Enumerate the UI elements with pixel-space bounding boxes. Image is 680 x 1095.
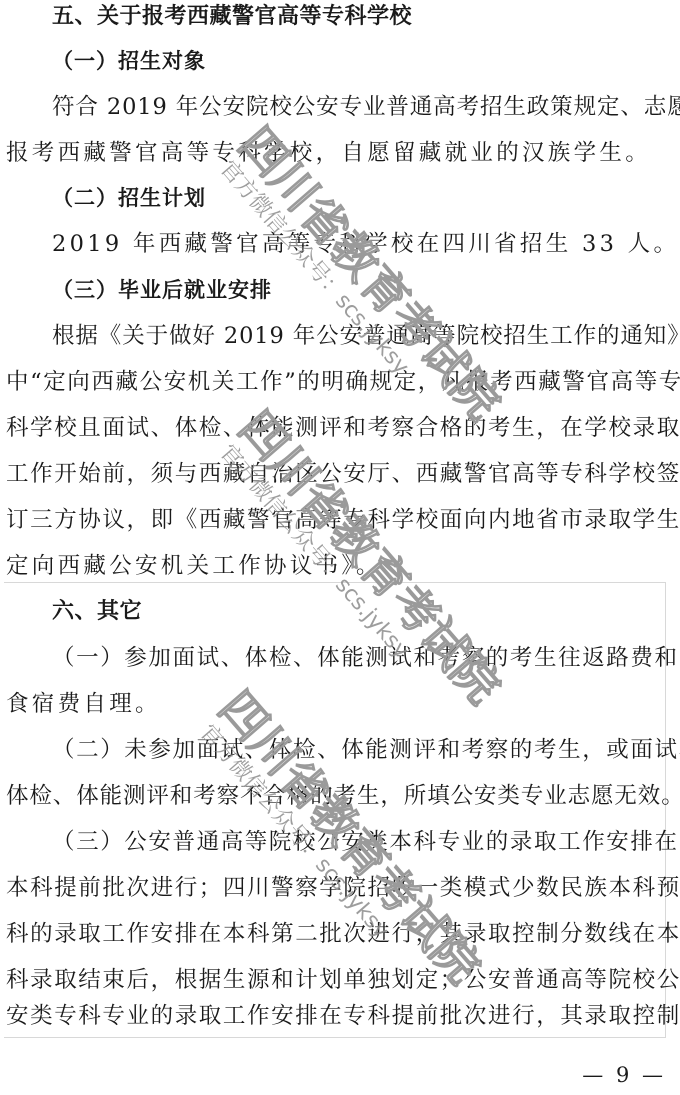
paragraph-line: 科的录取工作安排在本科第二批次进行，其录取控制分数线在本	[6, 919, 668, 949]
section-heading-6: 六、其它	[52, 597, 680, 627]
document-page: 五、关于报考西藏警官高等专科学校 （一）招生对象 符合 2019 年公安院校公安…	[0, 0, 680, 1095]
paragraph-line: 2019 年西藏警官高等专科学校在四川省招生 33 人。	[52, 229, 668, 259]
paragraph-line: 报考西藏警官高等专科学校，自愿留藏就业的汉族学生。	[6, 138, 668, 168]
paragraph-line: 本科提前批次进行；四川警察学院招收一类模式少数民族本科预	[6, 873, 668, 903]
subsection-heading-employment: （三）毕业后就业安排	[52, 275, 680, 305]
subsection-heading-enrollment-target: （一）招生对象	[52, 46, 680, 76]
paragraph-line: 符合 2019 年公安院校公安专业普通高考招生政策规定、志愿	[52, 92, 668, 122]
page-number: — 9 —	[582, 1063, 666, 1087]
subsection-heading-enrollment-plan: （二）招生计划	[52, 183, 680, 213]
paragraph-line: 体检、体能测评和考察不合格的考生，所填公安类专业志愿无效。	[6, 781, 668, 811]
paragraph-line: 中“定向西藏公安机关工作”的明确规定，凡报考西藏警官高等专	[6, 367, 668, 397]
section-heading-5: 五、关于报考西藏警官高等专科学校	[52, 2, 680, 32]
paragraph-line: 科录取结束后，根据生源和计划单独划定；公安普通高等院校公	[6, 965, 668, 995]
paragraph-line: 订三方协议，即《西藏警官高等专科学校面向内地省市录取学生	[6, 505, 668, 535]
paragraph-line: （一）参加面试、体检、体能测试和考察的考生往返路费和	[52, 643, 668, 673]
paragraph-line: 定向西藏公安机关工作协议书》。	[6, 551, 668, 581]
paragraph-line: 科学校且面试、体检、体能测评和考察合格的考生，在学校录取	[6, 413, 668, 443]
paragraph-line: 安类专科专业的录取工作安排在专科提前批次进行，其录取控制	[6, 1001, 668, 1031]
paragraph-line: 食宿费自理。	[6, 689, 668, 719]
paragraph-line: （二）未参加面试、体检、体能测评和考察的考生，或面试、	[52, 735, 668, 765]
paragraph-line: 工作开始前，须与西藏自治区公安厅、西藏警官高等专科学校签	[6, 459, 668, 489]
paragraph-line: 根据《关于做好 2019 年公安普通高等院校招生工作的通知》	[52, 321, 668, 351]
paragraph-line: （三）公安普通高等院校公安类本科专业的录取工作安排在	[52, 827, 668, 857]
